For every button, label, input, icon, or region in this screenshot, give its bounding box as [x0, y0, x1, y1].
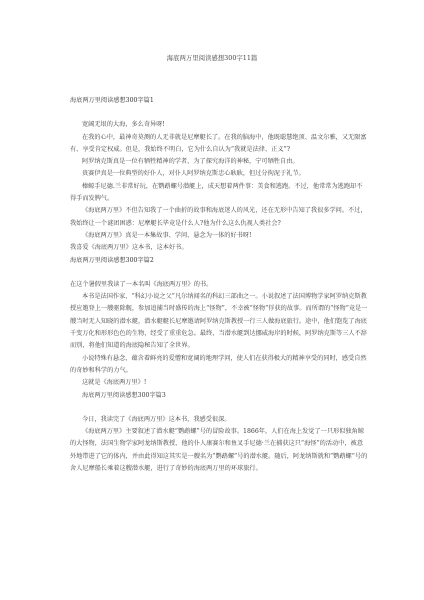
- paragraph: 榛鲸手尼德.兰非常好玩，在鹦鹉螺号潜艇上，成天想着两件事：美食和逃跑。不过，他常…: [70, 181, 368, 206]
- paragraph: 今日，我读完了《海底两万里》这本书，我感受很深。: [70, 414, 368, 426]
- section-heading: 海底两万里阅读感想300字篇2: [70, 255, 368, 267]
- paragraph: 《海底两万里》真是一本集故事、学问、悬念为一体的好书呀!: [70, 230, 368, 242]
- paragraph: 我喜爱《海底两万里》这本书，这本好书。: [70, 242, 368, 254]
- section-heading: 海底两万里阅读感想300字篇1: [70, 95, 368, 107]
- paragraph: 在这个暑假里我读了一本名叫《海底两万里》的书。: [70, 279, 368, 291]
- paragraph: 阿罗纳克斯真是一位有牺牲精神的学者，为了探究海洋的神秘，宁可牺牲自由。: [70, 156, 368, 168]
- paragraph: 《海底两万里》不但告知我了一个曲折的故事和海底迷人的风光，还在无形中告知了我很多…: [70, 205, 368, 230]
- paragraph: 《海底两万里》主要叙述了潜水艇“鹦鹉螺”号的冒险故事。1866年，人们在海上发觉…: [70, 426, 368, 475]
- section-heading: 海底两万里阅读感想300字篇3: [70, 390, 368, 402]
- paragraph: 在我的心中，最神奇莫测的人无非就是尼摩艇长了。在我的脑海中，他既聪慧绝顶、温文尔…: [70, 132, 368, 157]
- document-page: 海底两万里阅读感想300字11篇 海底两万里阅读感想300字篇1 宽阔无垠的大海…: [0, 0, 424, 600]
- paragraph: 小说特殊有悬念，蕴含着鲜亮的爱憎和宽阔的地理学问，使人们在获得极大的精神享受的同…: [70, 353, 368, 378]
- section-1: 海底两万里阅读感想300字篇1 宽阔无垠的大海，多么奇异呀! 在我的心中，最神奇…: [70, 95, 368, 475]
- paragraph: 宽阔无垠的大海，多么奇异呀!: [70, 119, 368, 131]
- paragraph: 贵赛伊真是一位典型的好仆人，对仆人阿罗纳克斯忠心耿耿，但过分拘泥于礼节。: [70, 168, 368, 180]
- paragraph: 这就是《海底两万里》!: [70, 377, 368, 389]
- document-title: 海底两万里阅读感想300字11篇: [0, 53, 424, 62]
- paragraph: 本书是法国作家、“科幻小说之父”凡尔纳闻名的科幻三部曲之一。小说叙述了法国博物学…: [70, 291, 368, 352]
